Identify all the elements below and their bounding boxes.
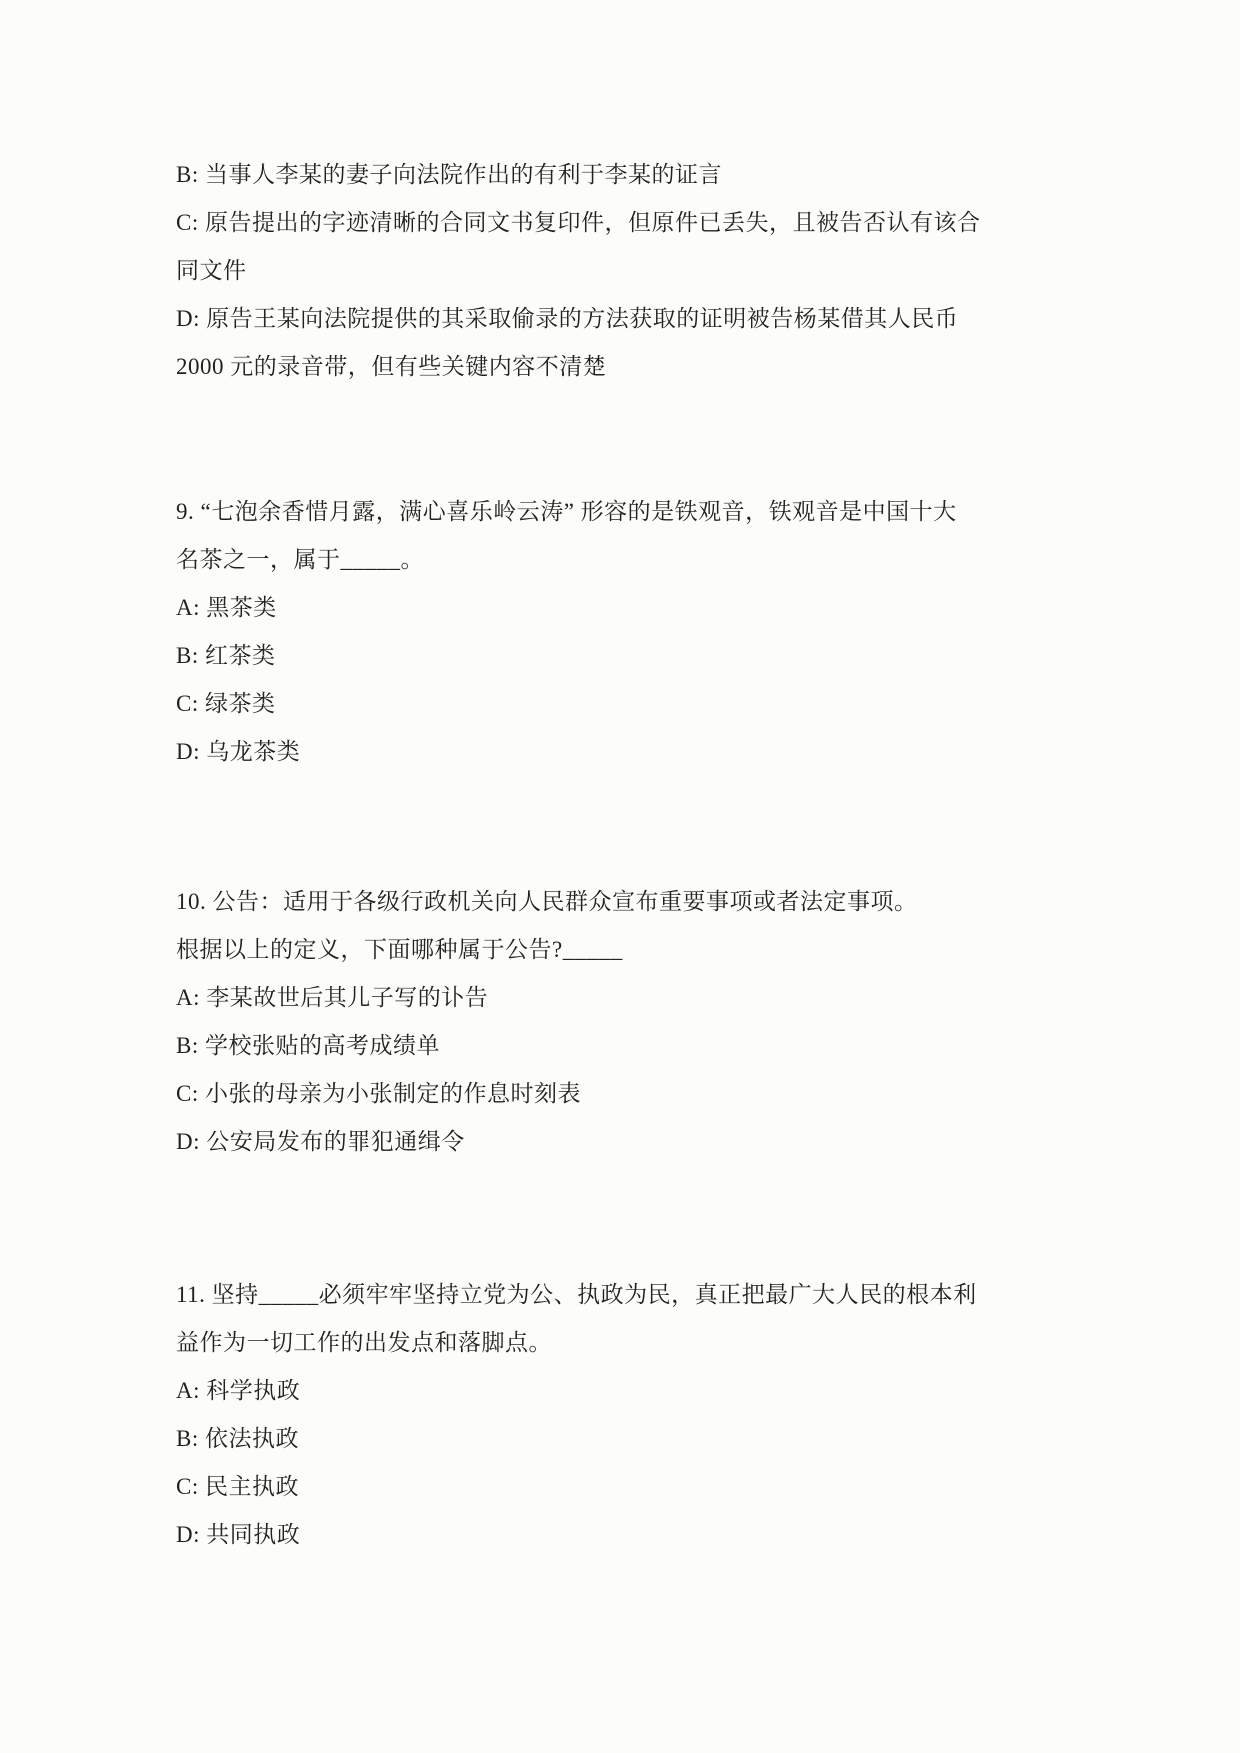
question-8-option-c-line-2: 同文件 — [176, 247, 1076, 295]
question-11-option-d: D: 共同执政 — [176, 1511, 1076, 1559]
question-11: 11. 坚持_____必须牢牢坚持立党为公、执政为民，真正把最广大人民的根本利 … — [176, 1271, 1076, 1559]
question-9-option-c: C: 绿茶类 — [176, 680, 1076, 728]
question-10-option-a: A: 李某故世后其儿子写的讣告 — [176, 974, 1076, 1022]
question-10-stem-line-2: 根据以上的定义，下面哪种属于公告?_____ — [176, 926, 1076, 974]
question-10-option-d: D: 公安局发布的罪犯通缉令 — [176, 1118, 1076, 1166]
question-8-option-d-line-2: 2000 元的录音带，但有些关键内容不清楚 — [176, 343, 1076, 391]
question-10: 10. 公告：适用于各级行政机关向人民群众宣布重要事项或者法定事项。 根据以上的… — [176, 878, 1076, 1166]
question-9-stem-line-1: 9. “七泡余香惜月露，满心喜乐岭云涛” 形容的是铁观音，铁观音是中国十大 — [176, 488, 1076, 536]
question-10-option-b: B: 学校张贴的高考成绩单 — [176, 1022, 1076, 1070]
question-9-option-a: A: 黑茶类 — [176, 584, 1076, 632]
question-11-option-a: A: 科学执政 — [176, 1367, 1076, 1415]
question-11-option-c: C: 民主执政 — [176, 1463, 1076, 1511]
question-8-option-c-line-1: C: 原告提出的字迹清晰的合同文书复印件，但原件已丢失，且被告否认有该合 — [176, 199, 1076, 247]
question-9: 9. “七泡余香惜月露，满心喜乐岭云涛” 形容的是铁观音，铁观音是中国十大 名茶… — [176, 488, 1076, 776]
question-10-option-c: C: 小张的母亲为小张制定的作息时刻表 — [176, 1070, 1076, 1118]
question-8-option-d-line-1: D: 原告王某向法院提供的其采取偷录的方法获取的证明被告杨某借其人民币 — [176, 295, 1076, 343]
question-11-option-b: B: 依法执政 — [176, 1415, 1076, 1463]
question-11-stem-line-2: 益作为一切工作的出发点和落脚点。 — [176, 1319, 1076, 1367]
question-9-stem-line-2: 名茶之一，属于_____。 — [176, 536, 1076, 584]
question-9-option-d: D: 乌龙茶类 — [176, 728, 1076, 776]
question-9-option-b: B: 红茶类 — [176, 632, 1076, 680]
question-8-options-continuation: B: 当事人李某的妻子向法院作出的有利于李某的证言 C: 原告提出的字迹清晰的合… — [176, 151, 1076, 391]
exam-document-page: B: 当事人李某的妻子向法院作出的有利于李某的证言 C: 原告提出的字迹清晰的合… — [0, 0, 1240, 1753]
question-10-stem-line-1: 10. 公告：适用于各级行政机关向人民群众宣布重要事项或者法定事项。 — [176, 878, 1076, 926]
question-8-option-b: B: 当事人李某的妻子向法院作出的有利于李某的证言 — [176, 151, 1076, 199]
question-11-stem-line-1: 11. 坚持_____必须牢牢坚持立党为公、执政为民，真正把最广大人民的根本利 — [176, 1271, 1076, 1319]
